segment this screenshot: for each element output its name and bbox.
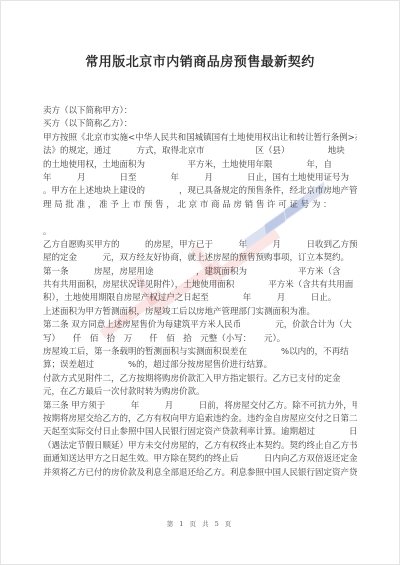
text-line: 积），土地使用期限自房屋产权过户之日起至 年 月 日止。	[43, 292, 357, 305]
text-line: 房屋竣工后，第一条载明的暂测面积与实测面积误差在 %以内的，不再结	[43, 346, 357, 359]
text-line: 屋的定金 元，双方经友好协商，就上述房屋的预售预购事项，订立本契约。	[43, 252, 357, 265]
text-line: 付款方式见附件二，乙方按期将购房价款汇入甲方指定银行。乙方已支付的定金	[43, 373, 357, 386]
text-line: 写） 仟 佰 拾 万 仟 佰 拾 元整（小写： 元）。	[43, 333, 357, 346]
text-line: （遇法定节假日顺延）甲方未交付房屋的，乙方有权终止本契约。契约终止自乙方书	[43, 440, 357, 453]
text-line: 共有共用面积，房屋状况详见附件），土地使用面积 平方米（含共有共用面	[43, 279, 357, 292]
text-line: 年 月 日至 年 月 日止，国有土地使用证号为	[43, 172, 357, 185]
document-title: 常用版北京市内销商品房预售最新契约	[1, 51, 399, 70]
text-line: 算；误差超过 %的，超过部分按房屋售价进行结算。	[43, 359, 357, 372]
document-page: 常用版北京市内销商品房预售最新契约 卖方（以下简称甲方）：买方（以下简称乙方）：…	[0, 0, 400, 565]
text-line: 上述面积为甲方暂测面积，房屋竣工后以房地产管理部门实测面积为准。	[43, 306, 357, 319]
text-line: 。	[43, 226, 357, 239]
text-line	[43, 212, 357, 225]
document-body: 卖方（以下简称甲方）：买方（以下简称乙方）：甲方按照《北京市实施<中华人民共和国…	[43, 105, 357, 480]
text-line: 元，在乙方最后一次付款时转为购房价款。	[43, 386, 357, 399]
text-line: 法》的规定，通过 方式，取得北京市 区（县） 地块	[43, 145, 357, 158]
text-line: 卖方（以下简称甲方）：	[43, 105, 357, 118]
text-line: 第一条 房屋，房屋用途 ，建筑面积为 平方米（含	[43, 266, 357, 279]
text-line: 天起至实际交付日止参照中国人民银行固定资产贷款利率计算。逾期超过 日	[43, 426, 357, 439]
text-line: 甲方按照《北京市实施<中华人民共和国城镇国有土地使用权出让和转让暂行条例>办	[43, 132, 357, 145]
text-line: 第三条 甲方须于 年 月 日前，将房屋交付乙方。除不可抗力外，甲方未	[43, 400, 357, 413]
text-line: 的土地使用权，土地面积为 平方米，土地使用年限 年，自	[43, 159, 357, 172]
text-line: 第二条 双方同意上述房屋售价为每建筑平方米人民币 元，价款合计为（大	[43, 319, 357, 332]
text-line: 。甲方在上述地块上建设的 ，现已具备规定的预售条件，经北京市房地产管	[43, 185, 357, 198]
page-number: 第 1 页 共 5 页	[1, 519, 399, 528]
text-line: 面通知送达甲方之日起生效。甲方除在契约的终止后 日内向乙方双倍返还定金外，	[43, 453, 357, 466]
text-line: 理 局 批 准 ， 准 予 上 市 预 售 ， 北 京 市 商 品 房 销 售 …	[43, 199, 357, 212]
text-line: 按期将房屋交给乙方的，乙方有权向甲方追索违约金。违约金自房屋应交付之日第二	[43, 413, 357, 426]
text-line: 乙方自愿购买甲方的 的房屋，甲方已于 年 月 日收到乙方预购房	[43, 239, 357, 252]
text-line: 买方（以下简称乙方）：	[43, 118, 357, 131]
text-line: 并须将乙方已付的房价款及利息全部退还给乙方。利息参照中国人民银行固定资产贷	[43, 467, 357, 480]
